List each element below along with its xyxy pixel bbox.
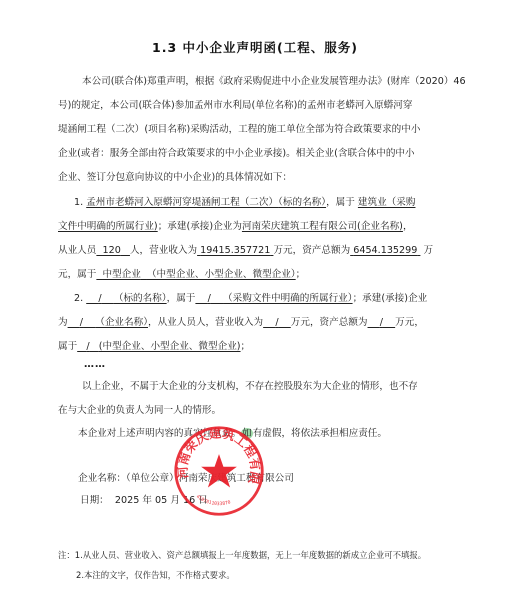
item2-belongs: ，属于: [167, 293, 196, 304]
item1-assets-unit: 万: [423, 245, 433, 256]
date-month: 05: [155, 495, 167, 506]
item2-line-2: 为 / （企业名称），从业人员人，营业收入为 / 万元，资产总额为 / 万元，: [58, 316, 424, 330]
item2-industry-label: （采购文件中明确的所属行业）: [223, 293, 353, 304]
item2-contractor-prefix: ；承建(承接)企业: [353, 293, 428, 304]
signature-company: 河南荣庆建筑工程有限公司: [179, 473, 294, 484]
signature-company-line: 企业名称：（单位公章）河南荣庆建筑工程有限公司: [78, 472, 294, 486]
signature-company-label: 企业名称：（单位公章）: [78, 473, 179, 484]
item2-industry: /: [195, 293, 223, 304]
document-page: 1.3 中小企业声明函(工程、服务) 本公司(联合体)郑重声明，根据《政府采购促…: [0, 0, 510, 615]
item2-revenue-unit: 万元，资产总额为: [291, 317, 368, 328]
item2-line-3: 属于 / (中型企业、小型企业、微型企业)；: [58, 340, 250, 354]
item1-end: ；: [296, 269, 306, 280]
item1-line-4: 元，属于 中型企业 （中型企业、小型企业、微型企业）；: [58, 268, 305, 282]
highlight-mark: 如: [241, 428, 253, 439]
statement-line-1: 以上企业，不属于大企业的分支机构，不存在控股股东为大企业的情形，也不存: [82, 380, 418, 394]
statement-line-3a: 本企业对上述声明内容的真实性负责。: [78, 428, 241, 439]
item1-company: 河南荣庆建筑工程有限公司(企业名称): [242, 221, 403, 232]
item1-employees-unit: 人，营业收入为: [130, 245, 197, 256]
date-day: 16: [183, 495, 195, 506]
item1-target-name: 孟州市老蟒河入原蟒河穿堤涵闸工程（二次）: [86, 197, 278, 208]
item1-contractor-prefix: ；承建(承接)企业为: [158, 221, 242, 232]
intro-line-5: 企业、签订分包意向协议的中小企业)的具体情况如下：: [58, 171, 292, 185]
date-month-unit: 月: [170, 495, 180, 506]
item2-end: ；: [241, 341, 251, 352]
item2-belongs2: 属于: [58, 341, 77, 352]
item1-target-label: （标的名称）: [278, 197, 326, 208]
item1-number: 1.: [74, 197, 83, 208]
item2-number: 2.: [74, 293, 83, 304]
date-label: 日期：: [80, 495, 109, 506]
page-title: 1.3 中小企业声明函(工程、服务): [0, 38, 510, 56]
item1-assets: 6454.135299: [350, 245, 420, 256]
item2-company: /: [68, 317, 96, 328]
note-line-2: 2.本注的文字，仅作告知，不作格式要求。: [76, 569, 235, 581]
item1-industry: 建筑业（采购: [358, 197, 416, 208]
item1-employees-label: 从业人员: [58, 245, 96, 256]
intro-line-1: 本公司(联合体)郑重声明，根据《政府采购促进中小企业发展管理办法》(财库（202…: [82, 75, 466, 89]
item1-revenue: 19415.357721: [197, 245, 273, 256]
item2-size: /: [77, 341, 99, 352]
item1-belongs: ，属于: [326, 197, 355, 208]
statement-line-2: 在与大企业的负责人为同一人的情形。: [58, 404, 221, 418]
statement-line-3b: 有虚假，将依法承担相应责任。: [253, 428, 387, 439]
ellipsis: ……: [84, 359, 106, 370]
item2-target-name: /: [86, 293, 114, 304]
item1-revenue-unit: 万元，资产总额为: [273, 245, 350, 256]
item2-size-options: (中型企业、小型企业、微型企业): [99, 341, 241, 352]
date-year: 2025: [115, 495, 139, 506]
statement-line-3: 本企业对上述声明内容的真实性负责。如有虚假，将依法承担相应责任。: [78, 427, 387, 441]
item1-line-1: 1. 孟州市老蟒河入原蟒河穿堤涵闸工程（二次）（标的名称），属于 建筑业（采购: [74, 196, 415, 210]
date-year-unit: 年: [142, 495, 152, 506]
item1-industry-cont: 文件中明确的所属行业): [58, 221, 158, 232]
signature-date-line: 日期： 2025 年 05 月 16 日: [80, 494, 208, 508]
item2-line-1: 2. / （标的名称），属于 / （采购文件中明确的所属行业）；承建(承接)企业: [74, 292, 427, 306]
item1-line-3: 从业人员 120 人，营业收入为 19415.357721 万元，资产总额为 6…: [58, 244, 433, 258]
item1-size-options: （中型企业、小型企业、微型企业）: [147, 269, 296, 280]
item2-employees-text: ，从业人员人，营业收入为: [148, 317, 263, 328]
item2-assets: /: [368, 317, 396, 328]
intro-line-4: 企业(或者：服务全部由符合政策要求的中小企业承接)。相关企业(含联合体中的中小: [58, 147, 415, 161]
note-line-1: 注：1.从业人员、营业收入、资产总额填报上一年度数据，无上一年度数据的新成立企业…: [58, 549, 426, 561]
date-day-unit: 日: [198, 495, 208, 506]
item2-revenue: /: [263, 317, 291, 328]
item2-for: 为: [58, 317, 68, 328]
item1-employees: 120: [96, 245, 130, 256]
intro-line-3: 堤涵闸工程（二次）(项目名称)采购活动，工程的施工单位全部为符合政策要求的中小: [58, 123, 420, 137]
intro-line-2: 号)的规定，本公司(联合体)参加孟州市水利局(单位名称)的孟州市老蟒河入原蟒河穿: [58, 99, 413, 113]
item1-size: 中型企业: [96, 269, 147, 280]
item1-line-2: 文件中明确的所属行业)；承建(承接)企业为河南荣庆建筑工程有限公司(企业名称)，: [58, 220, 413, 234]
item2-company-label: （企业名称）: [95, 317, 148, 328]
item2-target-label: （标的名称）: [114, 293, 167, 304]
item1-unit-cont: 元，属于: [58, 269, 96, 280]
item2-assets-unit: 万元，: [395, 317, 424, 328]
